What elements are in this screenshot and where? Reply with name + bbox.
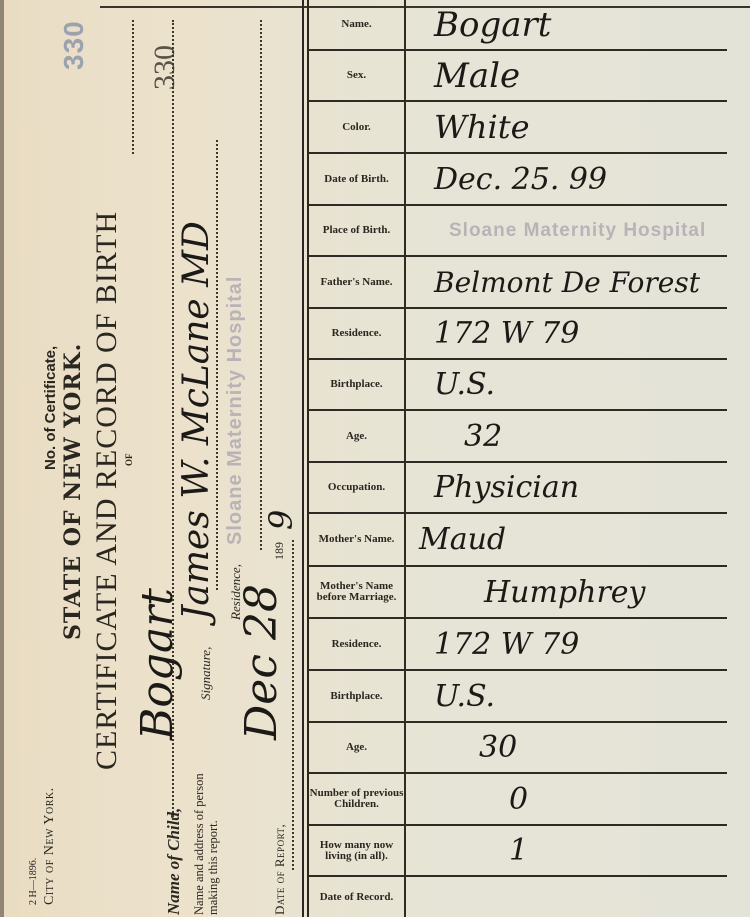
certificate-number-written: 330 <box>148 45 182 90</box>
table-row: Birthplace. U.S. <box>309 360 727 411</box>
of-label: OF <box>124 454 134 467</box>
reporter-label: Name and address of person making this r… <box>192 745 220 915</box>
certificate-title: CERTIFICATE AND RECORD OF BIRTH <box>90 211 124 770</box>
field-value-mother-birthplace: U.S. <box>434 671 495 721</box>
signature-label: Signature, <box>198 647 214 700</box>
field-value-father-birthplace: U.S. <box>434 360 495 409</box>
field-value-mother-residence: 172 W 79 <box>434 619 579 669</box>
table-row: Father's Name. Belmont De Forest <box>309 257 727 309</box>
certificate-number-label: No. of Certificate, <box>42 346 59 470</box>
certificate-number-stamp: 330 <box>58 20 90 70</box>
field-value-sex: Male <box>434 51 520 100</box>
residence-stamp: Sloane Maternity Hospital <box>224 276 247 546</box>
table-row: Mother's Name before Marriage. Humphrey <box>309 567 727 619</box>
field-label-color: Color. <box>309 102 404 152</box>
table-row: Sex. Male <box>309 51 727 102</box>
table-row: Date of Birth. Dec. 25. 99 <box>309 154 727 206</box>
field-value-fathers-name: Belmont De Forest <box>434 257 700 307</box>
birth-record-table: Name. Bogart Sex. Male Color. White Date… <box>302 0 742 917</box>
field-label-name: Name. <box>309 0 404 49</box>
table-border-outer <box>302 0 304 917</box>
paper-edge <box>0 0 4 917</box>
table-row: Color. White <box>309 102 727 154</box>
field-label-mothers-name: Mother's Name. <box>309 514 404 565</box>
field-value-mothers-name: Maud <box>419 514 506 565</box>
field-label-fathers-name: Father's Name. <box>309 257 404 307</box>
table-row: Occupation. Physician <box>309 463 727 514</box>
field-label-date-of-record: Date of Record. <box>309 877 404 917</box>
table-row: Age. 30 <box>309 723 727 774</box>
field-value-place-of-birth: Sloane Maternity Hospital <box>449 206 706 255</box>
dotted-line-signature <box>216 140 218 590</box>
table-row: Age. 32 <box>309 411 727 463</box>
field-label-father-residence: Residence. <box>309 309 404 358</box>
field-value-color: White <box>434 102 530 152</box>
field-label-mother-age: Age. <box>309 723 404 772</box>
table-row: Mother's Name. Maud <box>309 514 727 567</box>
field-label-place-of-birth: Place of Birth. <box>309 206 404 255</box>
field-value-date-of-birth: Dec. 25. 99 <box>434 154 607 204</box>
field-value-living-children: 1 <box>509 826 528 875</box>
field-value-father-age: 32 <box>464 411 502 461</box>
city-label: City of New York. <box>42 787 58 905</box>
table-row: Residence. 172 W 79 <box>309 619 727 671</box>
dotted-line-residence <box>260 20 262 550</box>
table-row: Number of previous Children. 0 <box>309 774 727 826</box>
date-of-report-label: Date of Report, <box>272 824 288 915</box>
form-id: 2 H—1896. <box>28 858 39 905</box>
table-row: Name. Bogart <box>309 0 727 51</box>
table-row: How many now living (in all). 1 <box>309 826 727 877</box>
field-label-mothers-maiden-name: Mother's Name before Marriage. <box>309 567 404 617</box>
field-label-father-age: Age. <box>309 411 404 461</box>
year-prefix: 189 <box>272 542 287 560</box>
field-label-previous-children: Number of previous Children. <box>309 774 404 824</box>
field-value-mothers-maiden-name: Humphrey <box>484 567 646 617</box>
table-row: Residence. 172 W 79 <box>309 309 727 360</box>
date-of-report-value: Dec 28 <box>236 584 287 740</box>
field-label-date-of-birth: Date of Birth. <box>309 154 404 204</box>
field-value-occupation: Physician <box>434 463 579 512</box>
dotted-line-child-name <box>172 20 174 820</box>
table-row: Date of Record. <box>309 877 727 917</box>
field-label-occupation: Occupation. <box>309 463 404 512</box>
field-value-previous-children: 0 <box>509 774 528 824</box>
child-name-label: Name of Child, <box>164 808 184 915</box>
field-label-mother-residence: Residence. <box>309 619 404 669</box>
field-label-mother-birthplace: Birthplace. <box>309 671 404 721</box>
year-suffix: 9 <box>262 510 300 530</box>
table-row: Place of Birth. Sloane Maternity Hospita… <box>309 206 727 257</box>
dotted-line-number <box>132 20 134 154</box>
field-value-name: Bogart <box>434 0 551 49</box>
field-label-father-birthplace: Birthplace. <box>309 360 404 409</box>
field-value-father-residence: 172 W 79 <box>434 309 579 358</box>
dotted-line-date <box>292 540 294 870</box>
field-value-mother-age: 30 <box>479 723 517 772</box>
field-label-sex: Sex. <box>309 51 404 100</box>
table-row: Birthplace. U.S. <box>309 671 727 723</box>
field-label-living-children: How many now living (in all). <box>309 826 404 875</box>
signature-value: James W. McLane MD <box>176 221 217 620</box>
state-title: STATE OF NEW YORK. <box>60 343 86 640</box>
